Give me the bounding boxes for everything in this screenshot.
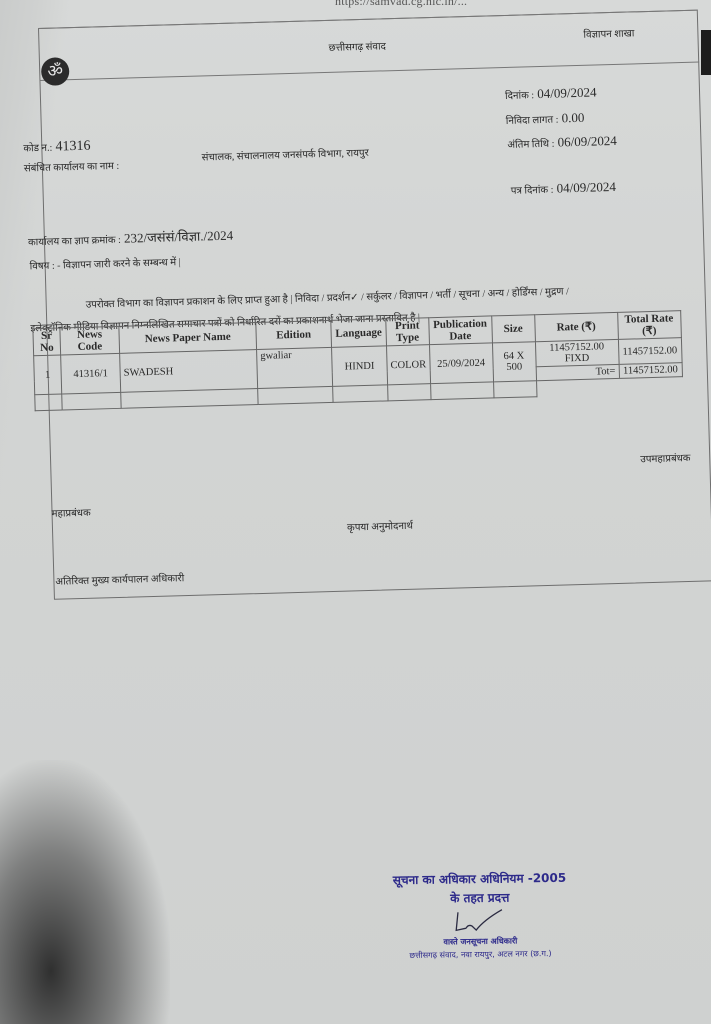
cell-paper-name: SWADESH xyxy=(120,350,258,393)
background-edge xyxy=(701,30,711,75)
code-value: 41316 xyxy=(55,139,90,155)
approval-note: कृपया अनुमोदनार्थ xyxy=(347,518,413,534)
date-value: 04/09/2024 xyxy=(537,84,597,101)
cell-sr-no: 1 xyxy=(34,355,62,395)
col-rate: Rate (₹) xyxy=(534,312,618,341)
cell-publication-date: 25/09/2024 xyxy=(429,343,493,384)
col-sr-no: Sr No xyxy=(33,328,61,356)
cell-edition: gwaliar xyxy=(257,347,333,388)
memo-value: 232/जसंसं/विज्ञा./2024 xyxy=(124,228,233,246)
cell-size: 64 X 500 xyxy=(492,342,536,382)
deputy-gm-signatory: उपमहाप्रबंधक xyxy=(640,450,691,465)
cell-language: HINDI xyxy=(332,346,388,387)
col-total-rate: Total Rate (₹) xyxy=(617,311,681,340)
last-date-label: अंतिम तिथि : xyxy=(507,139,554,151)
memo-label: कार्यालय का ज्ञाप क्रमांक : xyxy=(28,235,121,249)
hand-shadow xyxy=(0,760,170,1024)
subject-label: विषय : - xyxy=(30,260,61,272)
col-print-type: Print Type xyxy=(386,318,429,346)
date-label: दिनांक : xyxy=(505,90,534,102)
stamp-line-4: छत्तीसगढ़ संवाद, नवा रायपुर, अटल नगर (छ.… xyxy=(350,947,610,962)
branch-name: विज्ञापन शाखा xyxy=(583,25,634,40)
col-news-code: News Code xyxy=(60,326,120,355)
last-date-row: अंतिम तिथि : 06/09/2024 xyxy=(507,133,617,152)
tender-cost-row: निविदा लागत : 0.00 xyxy=(506,110,585,128)
cell-rate: 11457152.00 FIXD xyxy=(535,339,619,366)
date-row: दिनांक : 04/09/2024 xyxy=(505,84,597,103)
col-paper-name: News Paper Name xyxy=(119,323,257,354)
col-size: Size xyxy=(491,315,535,343)
letter-date-label: पत्र दिनांक : xyxy=(511,185,554,197)
gm-signatory: महाप्रबंधक xyxy=(51,505,91,520)
code-row: कोड न.: 41316 xyxy=(23,138,91,157)
last-date-value: 06/09/2024 xyxy=(557,133,617,150)
col-publication-date: Publication Date xyxy=(428,316,492,345)
col-edition: Edition xyxy=(256,320,332,349)
tender-cost-value: 0.00 xyxy=(561,110,584,126)
tender-cost-label: निविदा लागत : xyxy=(506,115,559,127)
rti-stamp: सूचना का अधिकार अधिनियम -2005 के तहत प्र… xyxy=(349,868,610,962)
org-name: छत्तीसगढ़ संवाद xyxy=(328,38,386,54)
advertisement-release-form: ॐ छत्तीसगढ़ संवाद विज्ञापन शाखा दिनांक :… xyxy=(38,10,711,600)
code-label: कोड न.: xyxy=(23,143,52,155)
print-url: https://samvad.cg.nic.in/... xyxy=(335,0,467,9)
office-label: संबंधित कार्यालय का नाम : xyxy=(24,158,120,175)
cell-news-code: 41316/1 xyxy=(61,353,121,394)
cell-total-rate: 11457152.00 xyxy=(618,338,682,365)
col-language: Language xyxy=(331,319,387,348)
letter-date-value: 04/09/2024 xyxy=(556,179,616,196)
letter-date-row: पत्र दिनांक : 04/09/2024 xyxy=(510,179,616,198)
signature-icon xyxy=(350,904,610,938)
stamp-line-1: सूचना का अधिकार अधिनियम -2005 xyxy=(349,868,609,889)
cell-print-type: COLOR xyxy=(387,345,431,385)
